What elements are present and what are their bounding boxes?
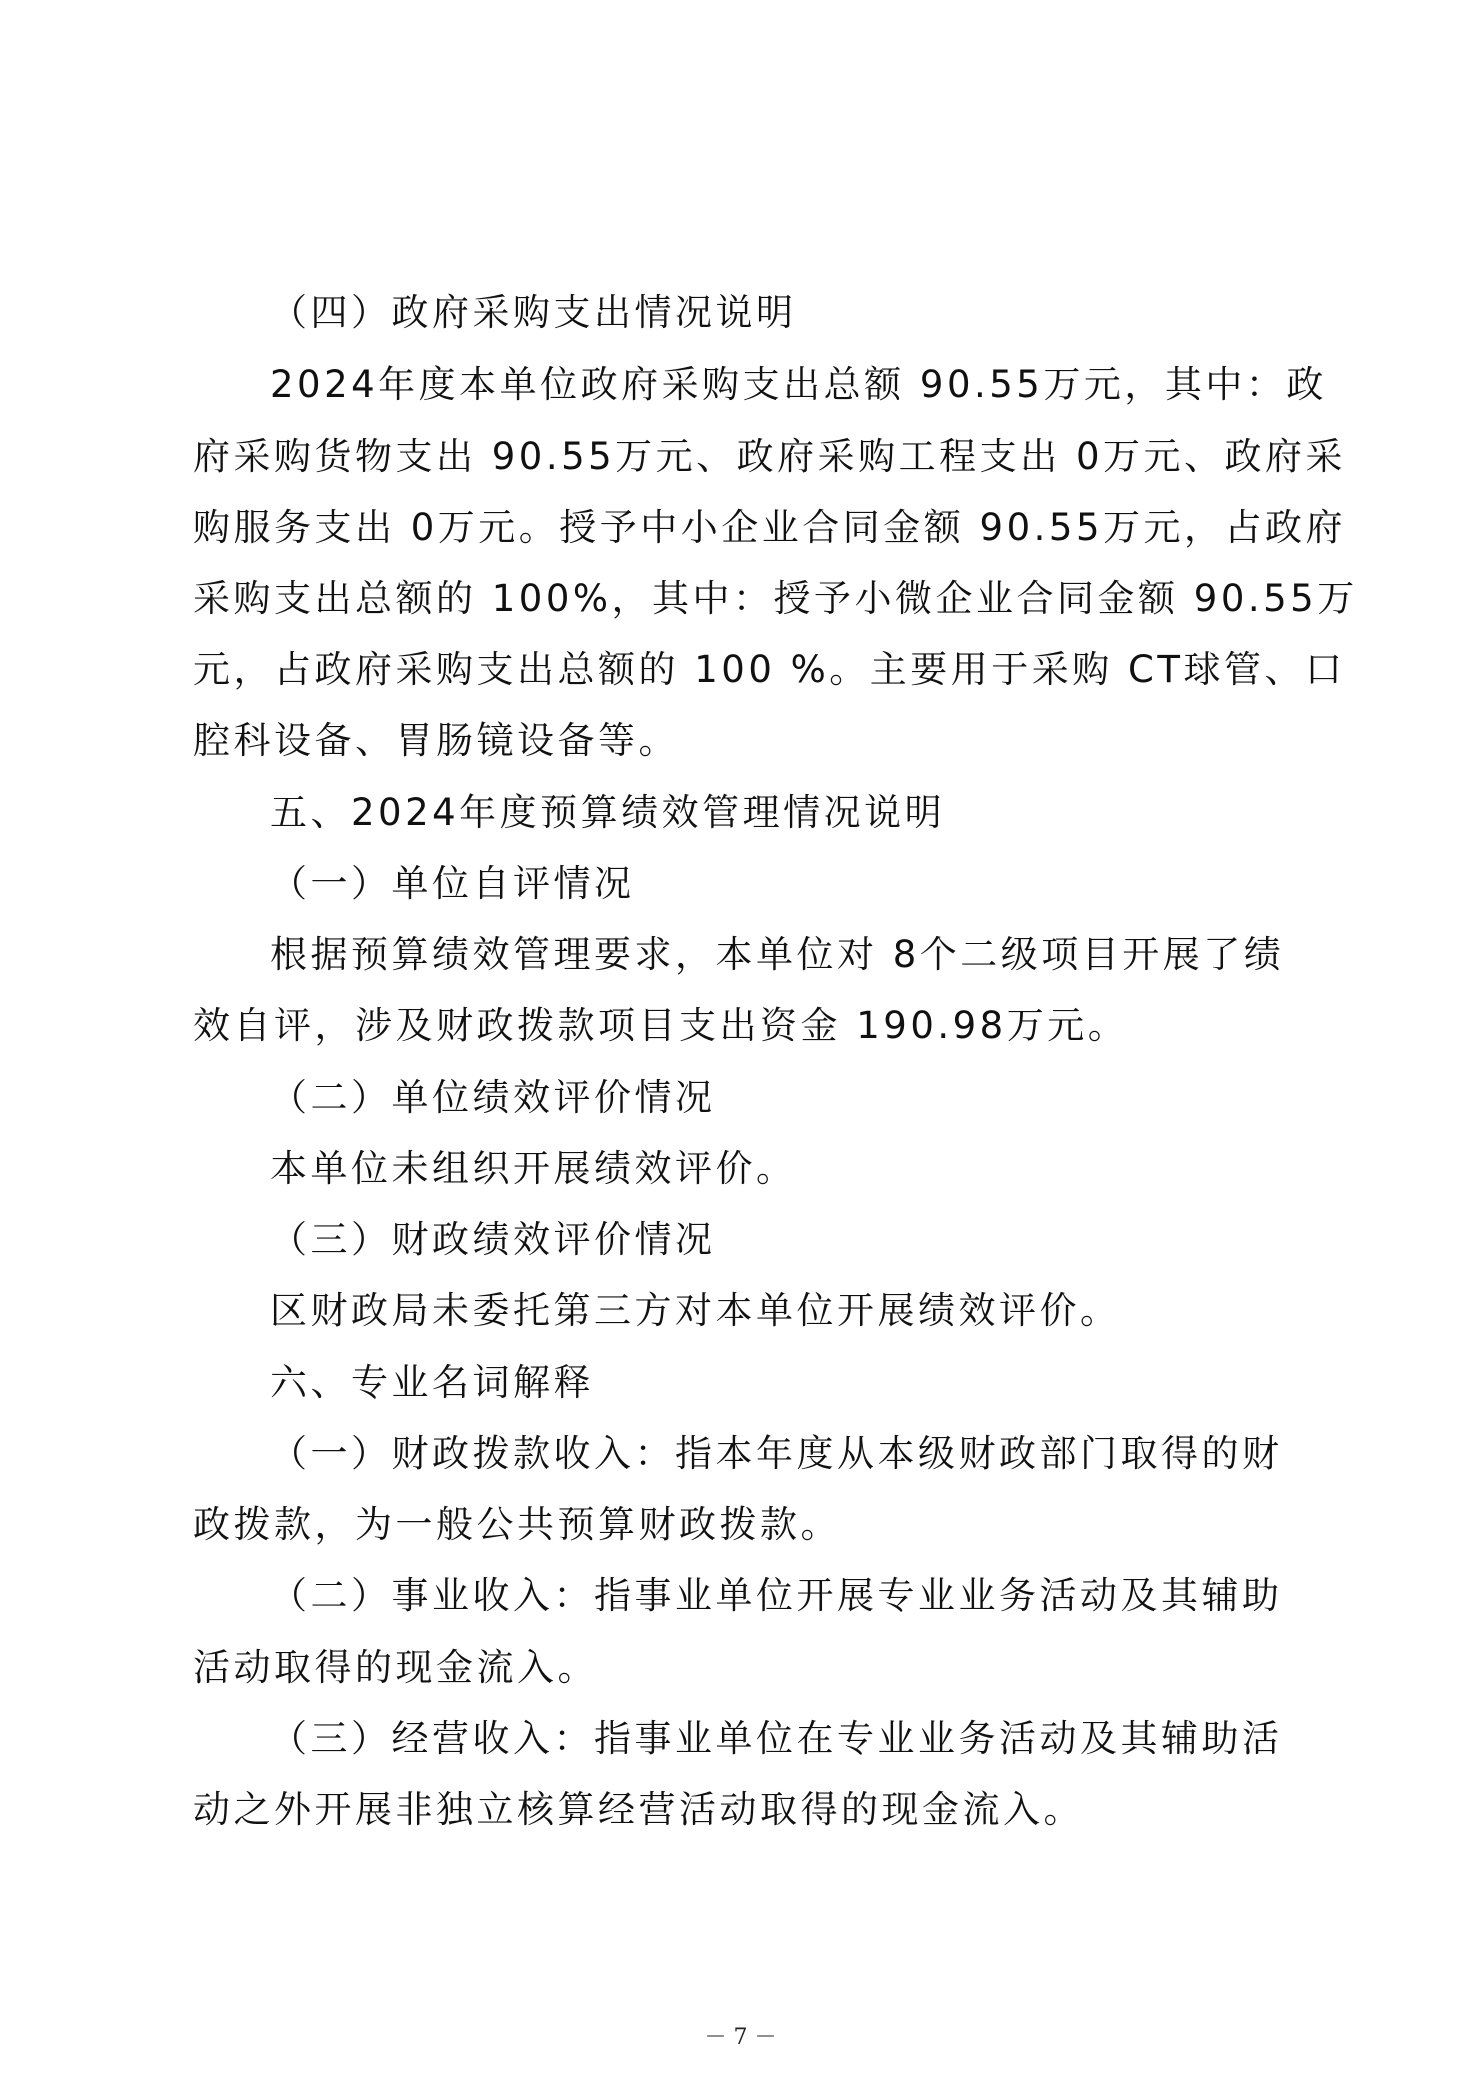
- text-line: （三）经营收入：指事业单位在专业业务活动及其辅助活: [270, 1708, 1283, 1762]
- text-line: 六、专业名词解释: [270, 1352, 594, 1406]
- text-line: （一）财政拨款收入：指本年度从本级财政部门取得的财: [270, 1423, 1283, 1477]
- text-line: （三）财政绩效评价情况: [270, 1209, 716, 1263]
- page-number: － 7 －: [0, 2020, 1481, 2051]
- text-line: （一）单位自评情况: [270, 853, 635, 907]
- text-line: 动之外开展非独立核算经营活动取得的现金流入。: [193, 1779, 1084, 1833]
- text-line: 五、2024年度预算绩效管理情况说明: [270, 782, 945, 836]
- text-line: （二）事业收入：指事业单位开展专业业务活动及其辅助: [270, 1565, 1283, 1619]
- text-line: （四）政府采购支出情况说明: [270, 282, 797, 336]
- text-line: 府采购货物支出 90.55万元、政府采购工程支出 0万元、政府采: [193, 426, 1346, 480]
- text-line: 元，占政府采购支出总额的 100 %。主要用于采购 CT球管、口: [193, 639, 1346, 693]
- text-line: 本单位未组织开展绩效评价。: [270, 1138, 797, 1192]
- text-line: 活动取得的现金流入。: [193, 1637, 598, 1691]
- text-line: 区财政局未委托第三方对本单位开展绩效评价。: [270, 1280, 1121, 1334]
- text-line: 腔科设备、胃肠镜设备等。: [193, 710, 679, 764]
- text-line: 购服务支出 0万元。授予中小企业合同金额 90.55万元，占政府: [193, 497, 1346, 551]
- text-line: 根据预算绩效管理要求，本单位对 8个二级项目开展了绩: [270, 924, 1284, 978]
- text-line: 2024年度本单位政府采购支出总额 90.55万元，其中：政: [270, 354, 1327, 408]
- text-line: 政拨款，为一般公共预算财政拨款。: [193, 1494, 841, 1548]
- text-line: （二）单位绩效评价情况: [270, 1067, 716, 1121]
- text-line: 采购支出总额的 100%，其中：授予小微企业合同金额 90.55万: [193, 568, 1358, 622]
- text-line: 效自评，涉及财政拨款项目支出资金 190.98万元。: [193, 995, 1128, 1049]
